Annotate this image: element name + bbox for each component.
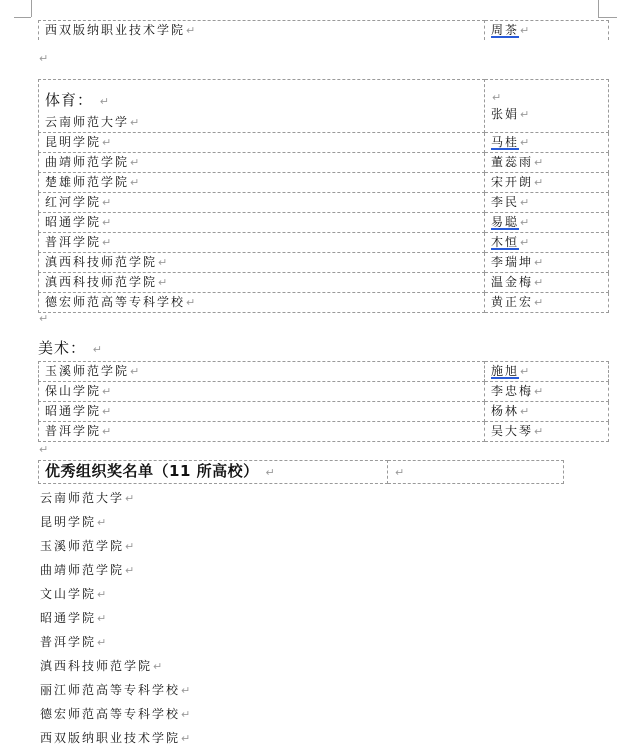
name-cell: 吴大琴↵ [485,422,609,442]
paragraph-mark: ↵ [39,312,48,325]
table-row: 德宏师范高等专科学校↵黄正宏↵ [39,293,609,313]
name-cell: 黄正宏↵ [485,293,609,313]
list-item: 云南师范大学↵ [40,490,134,507]
list-item: 德宏师范高等专科学校↵ [40,706,190,723]
organization-award-heading: 优秀组织奖名单（11 所高校） [45,462,259,480]
continued-table: 西双版纳职业技术学院↵ 周茶↵ [38,20,609,40]
name-cell: 李民↵ [485,193,609,213]
paragraph-mark: ↵ [39,443,48,456]
table-row: 曲靖师范学院↵董蕊雨↵ [39,153,609,173]
table-row: 优秀组织奖名单（11 所高校） ↵ ↵ [39,461,564,484]
table-row: 楚雄师范学院↵宋开朗↵ [39,173,609,193]
name-cell: 宋开朗↵ [485,173,609,193]
list-item: 普洱学院↵ [40,634,106,651]
school-cell: 滇西科技师范学院↵ [39,253,485,273]
name-cell: 周茶↵ [485,21,609,41]
table-row: 昭通学院↵杨林↵ [39,402,609,422]
name-cell: 李忠梅↵ [485,382,609,402]
table-row: 玉溪师范学院↵施旭↵ [39,362,609,382]
empty-cell: ↵ [388,461,564,484]
school-cell: 玉溪师范学院↵ [39,362,485,382]
name-cell: 董蕊雨↵ [485,153,609,173]
school-cell: 楚雄师范学院↵ [39,173,485,193]
list-item: 丽江师范高等专科学校↵ [40,682,190,699]
list-item: 昭通学院↵ [40,610,106,627]
crop-mark-top-left-h [14,17,31,18]
school-cell: 滇西科技师范学院↵ [39,273,485,293]
paragraph-mark: ↵ [39,52,48,65]
sports-heading: 体育： ↵ [45,88,484,114]
school-cell: 西双版纳职业技术学院↵ [39,21,485,41]
organization-award-heading-table: 优秀组织奖名单（11 所高校） ↵ ↵ [38,460,564,484]
crop-mark-top-left [31,0,32,17]
table-row: 保山学院↵李忠梅↵ [39,382,609,402]
name-cell: 李瑞坤↵ [485,253,609,273]
name-cell: 施旭↵ [485,362,609,382]
table-row: 红河学院↵李民↵ [39,193,609,213]
name-cell: 马桂↵ [485,133,609,153]
school-cell: 红河学院↵ [39,193,485,213]
school-cell: 昭通学院↵ [39,402,485,422]
table-row: 昭通学院↵易聪↵ [39,213,609,233]
table-row: 滇西科技师范学院↵温金梅↵ [39,273,609,293]
table-row: 昆明学院↵马桂↵ [39,133,609,153]
list-item: 文山学院↵ [40,586,106,603]
list-item: 曲靖师范学院↵ [40,562,134,579]
school-cell: 保山学院↵ [39,382,485,402]
name-cell: 温金梅↵ [485,273,609,293]
school-cell: 体育： ↵ 云南师范大学↵ [39,80,485,133]
list-item: 昆明学院↵ [40,514,106,531]
table-row: 普洱学院↵木恒↵ [39,233,609,253]
name-cell: 杨林↵ [485,402,609,422]
table-row: 西双版纳职业技术学院↵ 周茶↵ [39,21,609,41]
school-cell: 德宏师范高等专科学校↵ [39,293,485,313]
name-cell: ↵ 张娟↵ [485,80,609,133]
list-item: 滇西科技师范学院↵ [40,658,162,675]
table-row: 普洱学院↵吴大琴↵ [39,422,609,442]
table-row: 滇西科技师范学院↵李瑞坤↵ [39,253,609,273]
name-cell: 易聪↵ [485,213,609,233]
crop-mark-top-right [598,0,599,17]
school-cell: 普洱学院↵ [39,233,485,253]
art-heading: 美术： ↵ [38,337,102,358]
art-table: 玉溪师范学院↵施旭↵ 保山学院↵李忠梅↵ 昭通学院↵杨林↵ 普洱学院↵吴大琴↵ [38,361,609,442]
list-item: 玉溪师范学院↵ [40,538,134,555]
school-cell: 昆明学院↵ [39,133,485,153]
sports-table: 体育： ↵ 云南师范大学↵ ↵ 张娟↵ 昆明学院↵马桂↵ 曲靖师范学院↵董蕊雨↵… [38,79,609,313]
heading-cell: 优秀组织奖名单（11 所高校） ↵ [39,461,388,484]
name-cell: 木恒↵ [485,233,609,253]
school-cell: 昭通学院↵ [39,213,485,233]
table-row: 体育： ↵ 云南师范大学↵ ↵ 张娟↵ [39,80,609,133]
crop-mark-top-right-h [598,17,617,18]
school-cell: 普洱学院↵ [39,422,485,442]
list-item: 西双版纳职业技术学院↵ [40,730,190,747]
school-cell: 曲靖师范学院↵ [39,153,485,173]
